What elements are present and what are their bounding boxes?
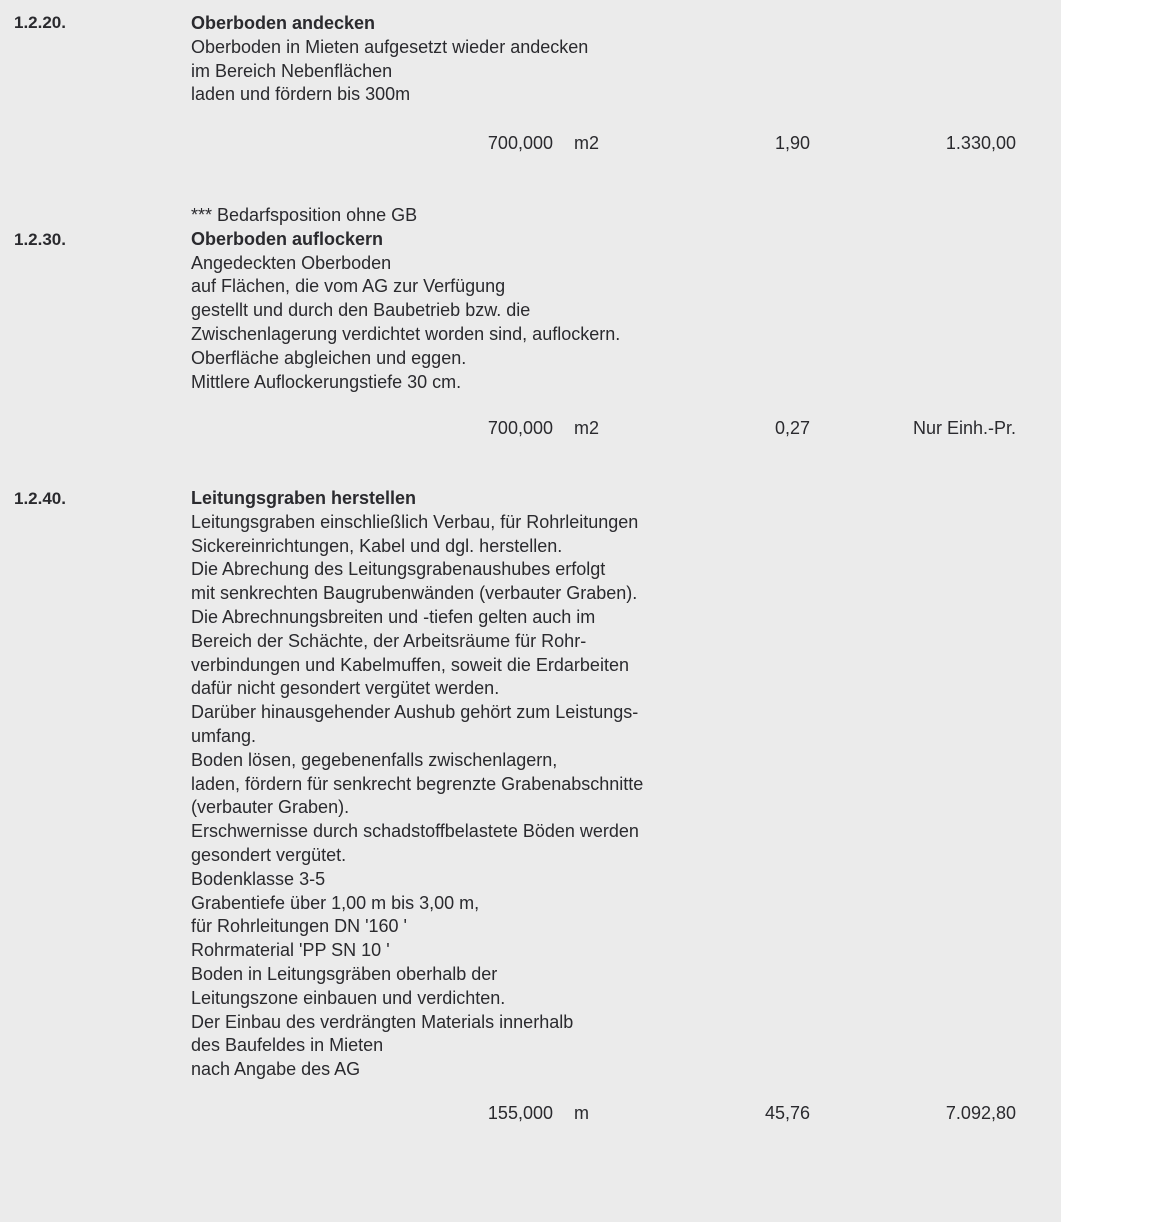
description-line: mit senkrechten Baugrubenwänden (verbaut…: [191, 582, 643, 606]
description-line: Rohrmaterial 'PP SN 10 ': [191, 939, 643, 963]
quantity: 155,000: [478, 1103, 553, 1124]
position-number: 1.2.30.: [14, 230, 66, 250]
description-line: Boden lösen, gegebenenfalls zwischenlage…: [191, 749, 643, 773]
description-line: Leitungszone einbauen und verdichten.: [191, 987, 643, 1011]
description-line: laden und fördern bis 300m: [191, 83, 588, 107]
description-line: verbindungen und Kabelmuffen, soweit die…: [191, 654, 643, 678]
description-line: des Baufeldes in Mieten: [191, 1034, 643, 1058]
total-price: 1.330,00: [880, 133, 1016, 154]
unit: m2: [574, 133, 599, 154]
position-number: 1.2.20.: [14, 13, 66, 33]
description-line: nach Angabe des AG: [191, 1058, 643, 1082]
total-price: Nur Einh.-Pr.: [880, 418, 1016, 439]
description-line: Sickereinrichtungen, Kabel und dgl. hers…: [191, 535, 643, 559]
description-line: Zwischenlagerung verdichtet worden sind,…: [191, 323, 620, 347]
position-note: *** Bedarfsposition ohne GB: [191, 204, 620, 228]
scanned-page: 1.2.20. Oberboden andecken Oberboden in …: [0, 0, 1061, 1222]
description-line: für Rohrleitungen DN '160 ': [191, 915, 643, 939]
unit: m: [574, 1103, 589, 1124]
quantity: 700,000: [478, 418, 553, 439]
description-line: Erschwernisse durch schadstoffbelastete …: [191, 820, 643, 844]
description-line: Die Abrechnungsbreiten und -tiefen gelte…: [191, 606, 643, 630]
unit: m2: [574, 418, 599, 439]
description-line: auf Flächen, die vom AG zur Verfügung: [191, 275, 620, 299]
unit-price: 45,76: [740, 1103, 810, 1124]
description-line: (verbauter Graben).: [191, 796, 643, 820]
description-line: gestellt und durch den Baubetrieb bzw. d…: [191, 299, 620, 323]
description-line: dafür nicht gesondert vergütet werden.: [191, 677, 643, 701]
description-line: Die Abrechung des Leitungsgrabenaushubes…: [191, 558, 643, 582]
position-description: *** Bedarfsposition ohne GB Oberboden au…: [191, 204, 620, 394]
description-line: Angedeckten Oberboden: [191, 252, 620, 276]
description-line: Leitungsgraben einschließlich Verbau, fü…: [191, 511, 643, 535]
position-title: Oberboden auflockern: [191, 228, 620, 252]
unit-price: 1,90: [740, 133, 810, 154]
position-description: Leitungsgraben herstellen Leitungsgraben…: [191, 487, 643, 1082]
description-line: Boden in Leitungsgräben oberhalb der: [191, 963, 643, 987]
quantity: 700,000: [478, 133, 553, 154]
description-line: Der Einbau des verdrängten Materials inn…: [191, 1011, 643, 1035]
position-number: 1.2.40.: [14, 489, 66, 509]
description-line: im Bereich Nebenflächen: [191, 60, 588, 84]
description-line: laden, fördern für senkrecht begrenzte G…: [191, 773, 643, 797]
position-title: Oberboden andecken: [191, 12, 588, 36]
description-line: umfang.: [191, 725, 643, 749]
description-line: Oberboden in Mieten aufgesetzt wieder an…: [191, 36, 588, 60]
description-line: Oberfläche abgleichen und eggen.: [191, 347, 620, 371]
description-line: Bodenklasse 3-5: [191, 868, 643, 892]
description-line: gesondert vergütet.: [191, 844, 643, 868]
total-price: 7.092,80: [880, 1103, 1016, 1124]
unit-price: 0,27: [740, 418, 810, 439]
position-description: Oberboden andecken Oberboden in Mieten a…: [191, 12, 588, 107]
description-line: Bereich der Schächte, der Arbeitsräume f…: [191, 630, 643, 654]
position-title: Leitungsgraben herstellen: [191, 487, 643, 511]
description-line: Mittlere Auflockerungstiefe 30 cm.: [191, 371, 620, 395]
description-line: Grabentiefe über 1,00 m bis 3,00 m,: [191, 892, 643, 916]
description-line: Darüber hinausgehender Aushub gehört zum…: [191, 701, 643, 725]
